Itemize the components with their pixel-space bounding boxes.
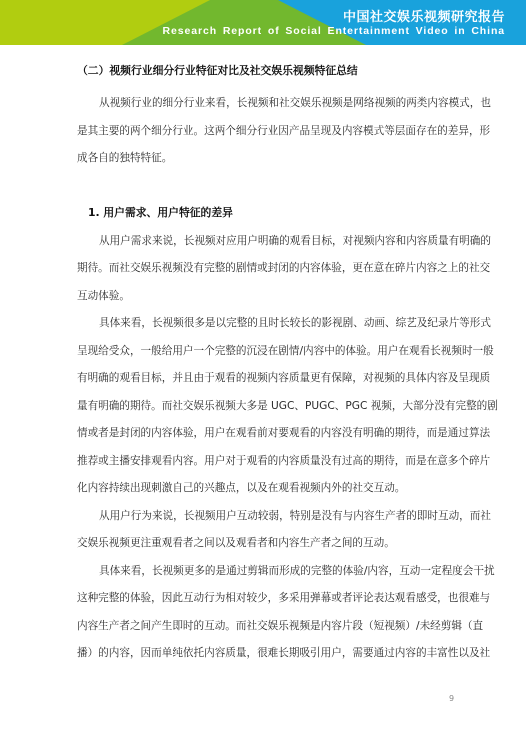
- paragraph-line: 推荐或主播安排观看内容。用户对于观看的内容质量没有过高的期待，而是在意多个碎片: [77, 454, 490, 468]
- paragraph-line: 情或者是封闭的内容体验，用户在观看前对要观看的内容没有明确的期待，而是通过算法: [77, 426, 490, 440]
- paragraph-line: 成各自的独特特征。: [77, 151, 172, 165]
- paragraph-line: 从视频行业的细分行业来看，长视频和社交娱乐视频是网络视频的两类内容模式，也: [77, 96, 491, 110]
- paragraph-line: 内容生产者之间产生即时的互动。而社交娱乐视频是内容片段（短视频）/未经剪辑（直: [77, 619, 483, 633]
- paragraph-line: 呈现给受众，一般给用户一个完整的沉浸在剧情/内容中的体验。用户在观看长视频时一般: [77, 344, 494, 358]
- report-header-banner: 中国社交娱乐视频研究报告 Research Report of Social E…: [0, 0, 526, 45]
- paragraph-line: 有明确的观看目标，并且由于观看的视频内容质量更有保障，对视频的具体内容及呈现质: [77, 371, 490, 385]
- paragraph-line: 期待。而社交娱乐视频没有完整的剧情或封闭的内容体验，更在意在碎片内容之上的社交: [77, 261, 490, 275]
- paragraph-line: 交娱乐视频更注重观看者之间以及观看者和内容生产者之间的互动。: [77, 536, 395, 550]
- paragraph-line: 具体来看，长视频更多的是通过剪辑而形成的完整的体验/内容，互动一定程度会干扰: [77, 564, 495, 578]
- report-title-chinese: 中国社交娱乐视频研究报告: [343, 6, 505, 25]
- page-number: 9: [449, 694, 454, 703]
- paragraph-line: 化内容持续出现刺激自己的兴趣点，以及在观看视频内外的社交互动。: [77, 481, 405, 495]
- section-heading: （二）视频行业细分行业特征对比及社交娱乐视频特征总结: [77, 64, 358, 78]
- paragraph-line: 互动体验。: [77, 289, 130, 303]
- paragraph-line: 这种完整的体验，因此互动行为相对较少，多采用弹幕或者评论表达观看感受，也很难与: [77, 591, 490, 605]
- paragraph-line: 是其主要的两个细分行业。这两个细分行业因产品呈现及内容模式等层面存在的差异，形: [77, 124, 490, 138]
- paragraph-line: 从用户需求来说，长视频对应用户明确的观看目标，对视频内容和内容质量有明确的: [77, 234, 491, 248]
- paragraph-line: 播）的内容，因而单纯依托内容质量，很难长期吸引用户，需要通过内容的丰富性以及社: [77, 646, 490, 660]
- paragraph-line: 量有明确的期待。而社交娱乐视频大多是 UGC、PUGC、PGC 视频，大部分没有…: [77, 399, 498, 413]
- paragraph-line: 从用户行为来说，长视频用户互动较弱，特别是没有与内容生产者的即时互动，而社: [77, 509, 491, 523]
- subheading: 1. 用户需求、用户特征的差异: [77, 206, 233, 220]
- report-title-english: Research Report of Social Entertainment …: [163, 25, 505, 37]
- paragraph-line: 具体来看，长视频很多是以完整的且时长较长的影视剧、动画、综艺及纪录片等形式: [77, 316, 491, 330]
